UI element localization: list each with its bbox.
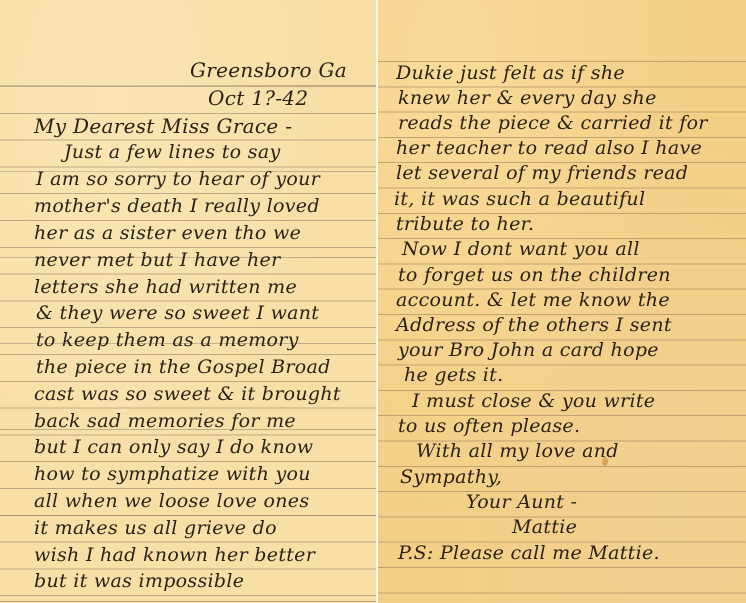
letter-line: but I can only say I do know bbox=[34, 436, 313, 458]
letter-line: it, it was such a beautiful bbox=[394, 188, 645, 210]
valediction: Your Aunt - bbox=[466, 491, 577, 513]
letter-line: wish I had known her better bbox=[34, 544, 315, 566]
letter-line: to keep them as a memory bbox=[36, 329, 299, 351]
letter-line: mother's death I really loved bbox=[34, 195, 320, 217]
letter-spread: Greensboro Ga Oct 1?-42 My Dearest Miss … bbox=[0, 0, 746, 603]
letter-line: it makes us all grieve do bbox=[34, 517, 277, 539]
letter-line: back sad memories for me bbox=[34, 410, 296, 432]
letter-line: how to symphatize with you bbox=[34, 463, 311, 485]
letter-salutation: My Dearest Miss Grace - bbox=[34, 114, 292, 138]
letter-line: Address of the others I sent bbox=[396, 314, 672, 336]
letter-date: Oct 1?-42 bbox=[208, 86, 308, 110]
letter-line: reads the piece & carried it for bbox=[398, 112, 708, 134]
letter-page-2: Dukie just felt as if she knew her & eve… bbox=[378, 0, 746, 603]
letter-line: he gets it. bbox=[404, 364, 503, 386]
letter-line: letters she had written me bbox=[34, 276, 297, 298]
letter-line: never met but I have her bbox=[34, 249, 280, 271]
letter-line: Just a few lines to say bbox=[64, 141, 280, 163]
letter-line: your Bro John a card hope bbox=[398, 339, 659, 361]
letter-line: cast was so sweet & it brought bbox=[34, 383, 341, 405]
postscript: P.S: Please call me Mattie. bbox=[398, 542, 660, 564]
letter-place: Greensboro Ga bbox=[190, 58, 347, 82]
closing-line: With all my love and bbox=[416, 440, 619, 462]
letter-line: knew her & every day she bbox=[398, 87, 657, 109]
letter-line: & they were so sweet I want bbox=[36, 302, 319, 324]
letter-line: to us often please. bbox=[398, 415, 580, 437]
letter-page-1: Greensboro Ga Oct 1?-42 My Dearest Miss … bbox=[0, 0, 376, 603]
letter-line: let several of my friends read bbox=[396, 162, 688, 184]
closing-line: Sympathy, bbox=[400, 466, 502, 488]
letter-line: I must close & you write bbox=[412, 390, 655, 412]
letter-line: her teacher to read also I have bbox=[396, 137, 702, 159]
signature: Mattie bbox=[512, 516, 577, 538]
letter-line: all when we loose love ones bbox=[34, 490, 309, 512]
letter-line: her as a sister even tho we bbox=[34, 222, 301, 244]
letter-line: account. & let me know the bbox=[396, 289, 670, 311]
letter-line: tribute to her. bbox=[396, 213, 534, 235]
letter-line: Now I dont want you all bbox=[402, 238, 640, 260]
letter-line: to forget us on the children bbox=[398, 264, 671, 286]
letter-line: I am so sorry to hear of your bbox=[36, 168, 320, 190]
letter-line: Dukie just felt as if she bbox=[396, 62, 625, 84]
letter-line: but it was impossible bbox=[34, 570, 244, 592]
letter-line: the piece in the Gospel Broad bbox=[36, 356, 331, 378]
